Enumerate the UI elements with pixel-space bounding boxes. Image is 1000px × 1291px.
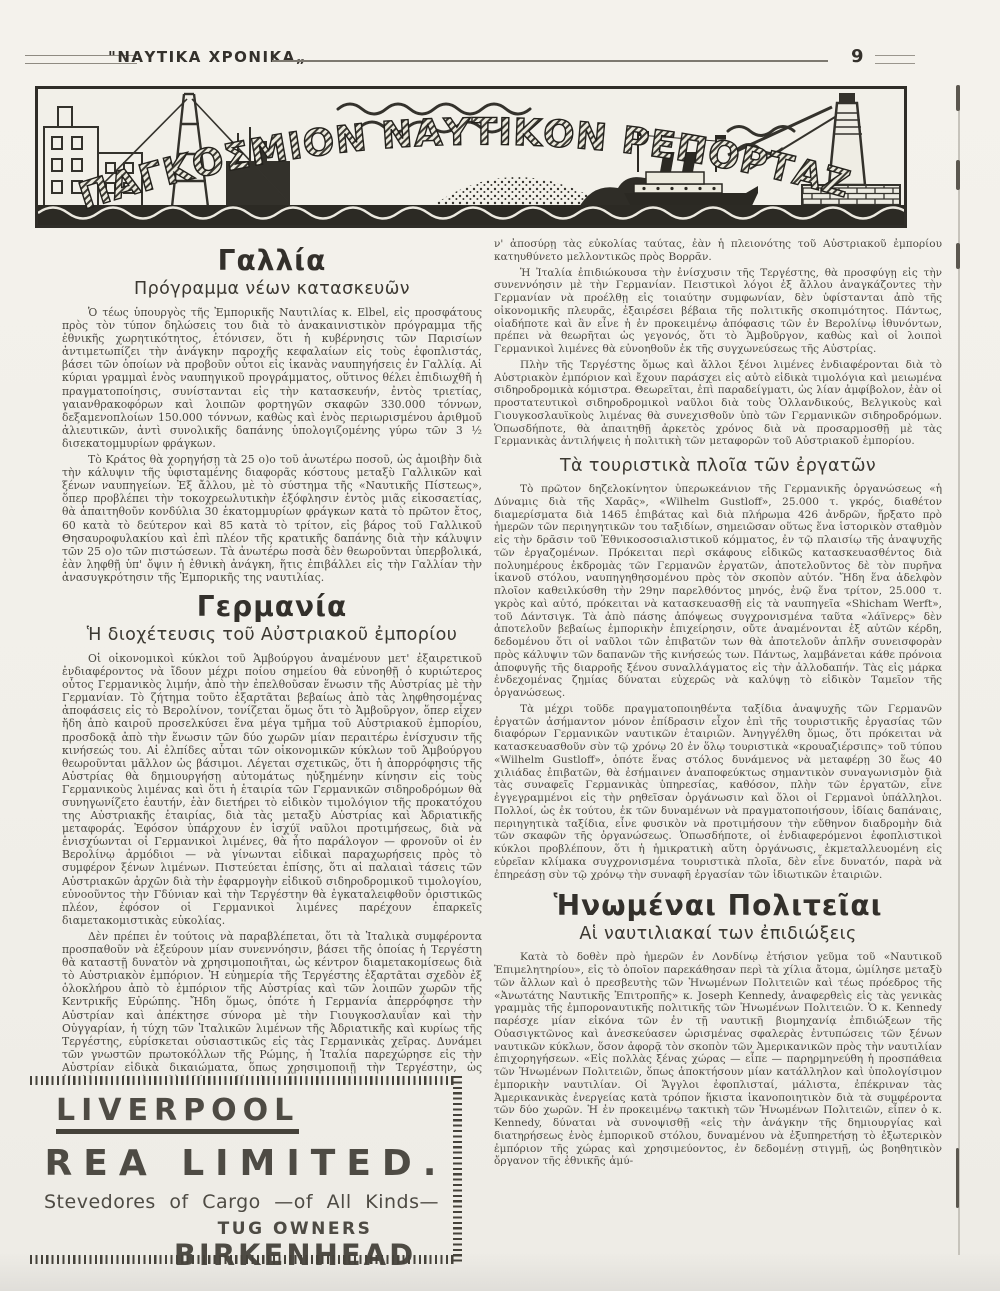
article-subtitle-united-states: Αἱ ναυτιλιακαί των ἐπιδιώξεις — [494, 924, 942, 944]
masthead-divider-rule — [272, 60, 828, 62]
ad-owners-line: TUG OWNERS — [160, 1220, 430, 1240]
paragraph: Πλὴν τῆς Τεργέστης ὅμως καὶ ἄλλοι ξένοι … — [494, 359, 942, 448]
ad-border-top — [30, 1076, 454, 1085]
page-number: 9 — [851, 46, 864, 67]
paragraph: Τὸ Κράτος θὰ χορηγήσῃ τὰ 25 ο)ο τοῦ ἀνωτ… — [62, 453, 482, 584]
banner-illustration: ΠΑΓΚΟΣΜΙΟΝ ΝΑΥΤΙΚΟΝ ΡΕΠΟΡΤΑΖ — [35, 86, 907, 228]
paragraph: ν' ἀποσύρῃ τὰς εὐκολίας ταύτας, ἐὰν ἡ πλ… — [494, 238, 942, 264]
masthead-title: "ΝΑΥΤΙΚΑ ΧΡΟΝΙΚΑ„ — [108, 48, 307, 66]
paragraph: Τὰ μέχρι τοῦδε πραγματοποιηθέντα ταξίδια… — [494, 703, 942, 882]
paragraph: Οἱ οἰκονομικοὶ κύκλοι τοῦ Ἁμβούργου ἀναμ… — [62, 652, 482, 927]
article-title-france: Γαλλία — [62, 244, 482, 277]
magazine-page: "ΝΑΥΤΙΚΑ ΧΡΟΝΙΚΑ„ 9 — [0, 0, 1000, 1291]
ad-border-bottom — [30, 1255, 454, 1264]
binding-mark — [956, 243, 960, 269]
paragraph: Δὲν πρέπει ἐν τούτοις νὰ παραβλέπεται, ὅ… — [62, 930, 482, 1076]
harbor-scene-drawing: ΠΑΓΚΟΣΜΙΟΝ ΝΑΥΤΙΚΟΝ ΡΕΠΟΡΤΑΖ — [38, 89, 904, 225]
article-subtitle-germany: Ἡ διοχέτευσις τοῦ Αὐστριακοῦ ἐμπορίου — [62, 625, 482, 645]
article-title-united-states: Ἡνωμέναι Πολιτεῖαι — [494, 889, 942, 922]
binding-mark — [956, 85, 960, 111]
paragraph: Ὁ τέως ὑπουργὸς τῆς Ἐμπορικῆς Ναυτιλίας … — [62, 306, 482, 450]
ad-company-name: REA LIMITED. — [30, 1146, 462, 1182]
article-tourist-ships: Τὰ τουριστικὰ πλοῖα τῶν ἐργατῶν Τὸ πρῶτο… — [494, 456, 942, 881]
advertisement-rea-limited: LIVERPOOL REA LIMITED. Stevedores of Car… — [30, 1076, 462, 1264]
article-subtitle-tourist-ships: Τὰ τουριστικὰ πλοῖα τῶν ἐργατῶν — [494, 456, 942, 476]
masthead-right-rule — [875, 55, 915, 64]
sea-waves-drawing — [38, 205, 904, 225]
article-united-states: Ἡνωμέναι Πολιτεῖαι Αἱ ναυτιλιακαί των ἐπ… — [494, 889, 942, 1168]
binding-mark — [956, 1148, 959, 1208]
ad-city: LIVERPOOL — [56, 1096, 299, 1134]
article-germany: Γερμανία Ἡ διοχέτευσις τοῦ Αὐστριακοῦ ἐμ… — [62, 590, 482, 1076]
left-column: Γαλλία Πρόγραμμα νέων κατασκευῶν Ὁ τέως … — [62, 238, 482, 1076]
ad-services-line: Stevedores of Cargo —of All Kinds— — [44, 1193, 462, 1212]
ad-border-right — [453, 1076, 462, 1264]
paragraph: Τὸ πρῶτον δηζελοκίνητον ὑπερωκεάνιον τῆς… — [494, 483, 942, 700]
article-subtitle-france: Πρόγραμμα νέων κατασκευῶν — [62, 279, 482, 299]
article-germany-continued: ν' ἀποσύρῃ τὰς εὐκολίας ταύτας, ἐὰν ἡ πλ… — [494, 238, 942, 448]
paragraph: Ἡ Ἰταλία ἐπιδιώκουσα τὴν ἐνίσχυσιν τῆς Τ… — [494, 267, 942, 356]
article-title-germany: Γερμανία — [62, 590, 482, 623]
paragraph: Κατὰ τὸ δοθὲν πρὸ ἡμερῶν ἐν Λονδίνῳ ἐτήσ… — [494, 951, 942, 1168]
binding-mark — [956, 160, 960, 190]
right-column: ν' ἀποσύρῃ τὰς εὐκολίας ταύτας, ἐὰν ἡ πλ… — [494, 238, 942, 1171]
article-france: Γαλλία Πρόγραμμα νέων κατασκευῶν Ὁ τέως … — [62, 244, 482, 584]
